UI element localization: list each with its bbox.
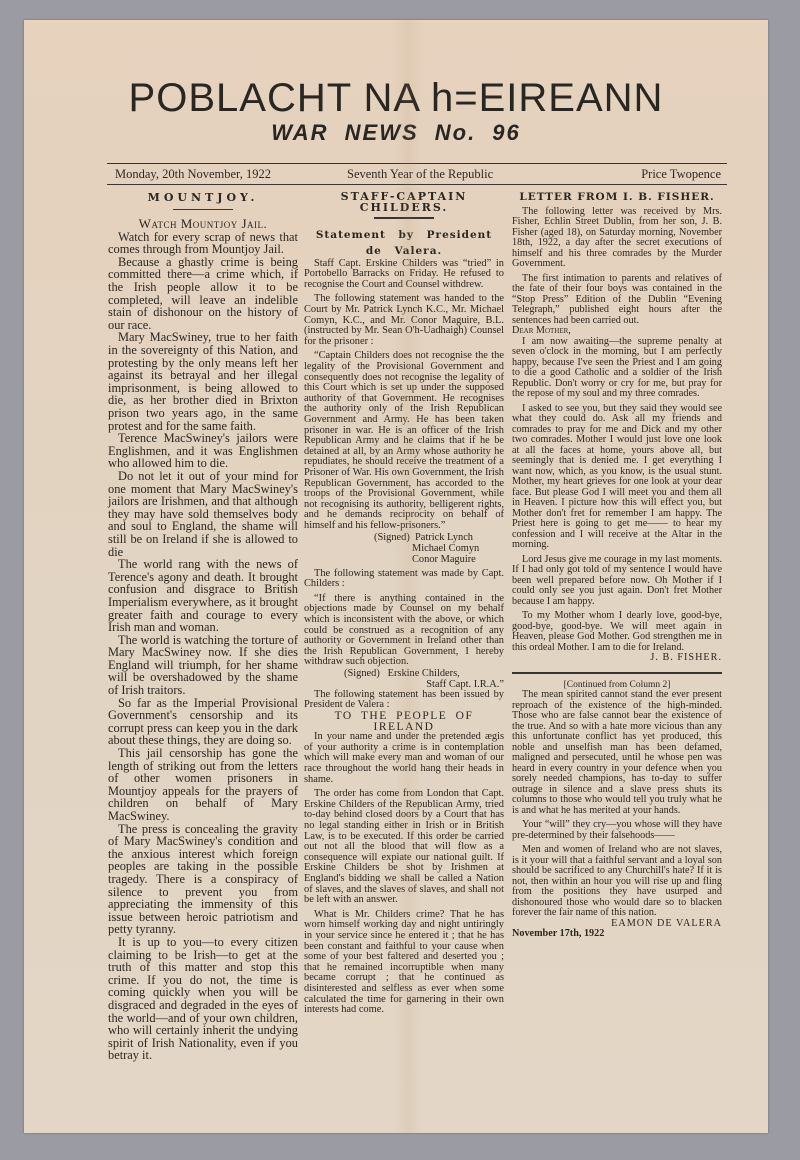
- paragraph: The world is watching the torture of Mar…: [108, 634, 298, 697]
- paragraph: So far as the Imperial Provisional Gover…: [108, 697, 298, 747]
- paragraph: The following statement was handed to th…: [304, 294, 504, 347]
- salutation: Dear Mother,: [512, 326, 722, 337]
- masthead-title: POBLACHT NA h=EIREANN: [24, 76, 768, 120]
- paragraph: In your name and under the pretended ægi…: [304, 732, 504, 785]
- column-childers: STAFF-CAPTAIN CHILDERS. Statement by Pre…: [304, 192, 504, 1016]
- paragraph: Terence MacSwiney's jailors were English…: [108, 432, 298, 470]
- signed-label: (Signed): [344, 668, 380, 679]
- paragraph: Men and women of Ireland who are not sla…: [512, 845, 722, 919]
- paragraph: The following statement was made by Capt…: [304, 569, 504, 590]
- paragraph: “Captain Childers does not recognise the…: [304, 351, 504, 531]
- article-subheading: Statement by President de Valera.: [304, 227, 504, 259]
- paragraph: The first intimation to parents and rela…: [512, 274, 722, 327]
- paragraph: “If there is anything contained in the o…: [304, 594, 504, 668]
- paragraph: Because a ghastly crime is being committ…: [108, 256, 298, 332]
- dateline-bar: Monday, 20th November, 1922 Seventh Year…: [107, 163, 727, 185]
- issue-price: Price Twopence: [641, 164, 721, 184]
- divider: [173, 209, 233, 211]
- divider: [512, 672, 722, 674]
- republic-year: Seventh Year of the Republic: [347, 164, 493, 184]
- paragraph: Lord Jesus give me courage in my last mo…: [512, 555, 722, 608]
- signature-block: (Signed) Patrick Lynch Michael Comyn Con…: [374, 532, 504, 565]
- paragraph: I asked to see you, but they said they w…: [512, 404, 722, 551]
- paragraph: To my Mother whom I dearly love, good-by…: [512, 611, 722, 653]
- signature-block: (Signed) Erskine Childers, Staff Capt. I…: [344, 668, 504, 690]
- paragraph: I am now awaiting—the supreme penalty at…: [512, 337, 722, 400]
- paragraph: The following letter was received by Mrs…: [512, 207, 722, 270]
- signatory: Patrick Lynch: [415, 532, 473, 543]
- paragraph: Watch for every scrap of news that comes…: [108, 231, 298, 256]
- divider: [374, 217, 434, 219]
- newspaper-page: POBLACHT NA h=EIREANN WAR NEWS No. 96 Mo…: [24, 20, 768, 1133]
- article-subheading: Watch Mountjoy Jail.: [108, 218, 298, 231]
- closing-date: November 17th, 1922: [512, 929, 722, 940]
- signatory: Conor Maguire: [374, 554, 504, 565]
- signed-label: (Signed): [374, 532, 410, 543]
- letter-signature: J. B. FISHER.: [512, 653, 722, 664]
- paragraph: It is up to you—to every citizen claimin…: [108, 936, 298, 1062]
- paragraph: Do not let it out of your mind for one m…: [108, 470, 298, 558]
- column-heading: MOUNTJOY.: [108, 192, 298, 205]
- paragraph: Staff Capt. Erskine Childers was “tried”…: [304, 259, 504, 291]
- paragraph: The press is concealing the gravity of M…: [108, 823, 298, 936]
- column-heading: LETTER FROM I. B. FISHER.: [512, 192, 722, 203]
- paragraph: This jail censorship has gone the length…: [108, 747, 298, 823]
- signatory: Erskine Childers,: [388, 668, 460, 679]
- address-heading: TO THE PEOPLE OF IRELAND: [304, 711, 504, 732]
- paragraph: What is Mr. Childers crime? That he has …: [304, 910, 504, 1016]
- paragraph: Your “will” they cry—you whose will they…: [512, 820, 722, 841]
- paragraph: The following statement has been issued …: [304, 690, 504, 711]
- column-fisher-letter: LETTER FROM I. B. FISHER. The following …: [512, 192, 722, 940]
- paragraph: The order has come from London that Capt…: [304, 789, 504, 906]
- paragraph: The world rang with the news of Terence'…: [108, 558, 298, 634]
- signatory: Michael Comyn: [374, 543, 504, 554]
- issue-subtitle: WAR NEWS No. 96: [24, 120, 768, 146]
- paragraph: The mean spirited cannot stand the ever …: [512, 690, 722, 816]
- paragraph: Mary MacSwiney, true to her faith in the…: [108, 331, 298, 432]
- column-heading: STAFF-CAPTAIN CHILDERS.: [304, 192, 504, 213]
- column-mountjoy: MOUNTJOY. Watch Mountjoy Jail. Watch for…: [108, 192, 298, 1062]
- issue-date: Monday, 20th November, 1922: [115, 164, 271, 184]
